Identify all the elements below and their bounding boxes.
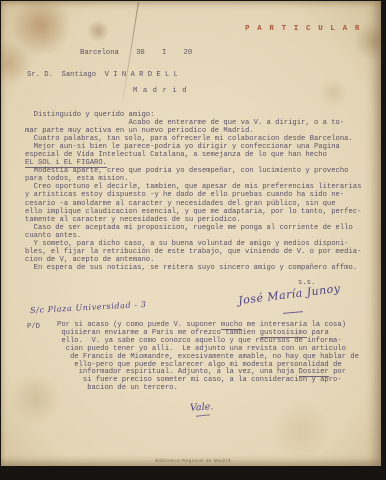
postscript-body: Por si acaso (y como puede V. suponer mu… <box>57 322 359 393</box>
archive-watermark: Biblioteca Regional de Madrid <box>0 458 386 463</box>
date-line: Barcelona 30 I 20 <box>80 49 192 57</box>
postscript-label: P/D <box>27 323 40 331</box>
recipient-line: Sr. D. Santiago V I N A R D E L L <box>27 71 178 79</box>
recipient-city: M a d r i d <box>133 87 187 95</box>
vale-note: Vale. <box>190 401 214 414</box>
letter-body: Distinguido y querido amigo: Acabo de en… <box>25 111 361 272</box>
letter-photo: P A R T I C U L A R Barcelona 30 I 20 Sr… <box>0 0 386 480</box>
classification-stamp: P A R T I C U L A R <box>245 25 361 33</box>
